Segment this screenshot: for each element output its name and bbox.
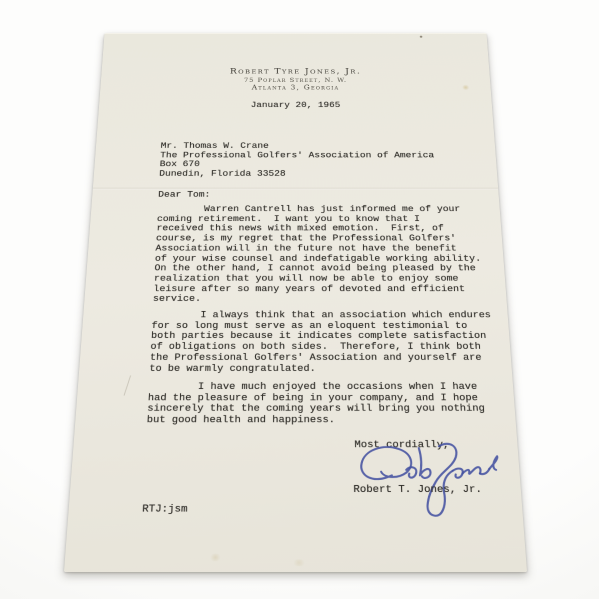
paragraph-1: Warren Cantrell has just informed me of … <box>153 205 485 305</box>
letterhead-name: Robert Tyre Jones, Jr. <box>101 67 489 76</box>
paper-scratch <box>124 375 132 395</box>
fold-crease <box>93 188 499 190</box>
typed-name: Robert T. Jones, Jr. <box>353 485 482 497</box>
photo-background: Robert Tyre Jones, Jr. 75 Poplar Street,… <box>0 0 599 599</box>
paragraph-2: I always think that an association which… <box>149 311 495 375</box>
text-line: Dunedin, Florida 33528 <box>159 170 435 179</box>
text-line: The Professional Golfers' Association of… <box>160 151 434 160</box>
text-line: of your wise counsel and indefatigable w… <box>155 254 482 264</box>
paragraph-3: I have much enjoyed the occasions when I… <box>146 382 486 426</box>
text-line: to be warmly congratulated. <box>149 364 495 375</box>
paper-stain <box>292 559 306 566</box>
paper-speck <box>420 36 423 38</box>
text-line: the Professional Golfers' Association an… <box>150 353 495 364</box>
text-line: I have much enjoyed the occasions when I… <box>148 382 484 393</box>
text-line: course, is my regret that the Profession… <box>156 234 480 244</box>
recipient-address: Mr. Thomas W. CraneThe Professional Golf… <box>159 142 435 179</box>
signature-strokes <box>361 444 502 516</box>
text-line: for so long must serve as an eloquent te… <box>151 321 492 332</box>
text-line: service. <box>153 295 485 305</box>
text-line: Warren Cantrell has just informed me of … <box>157 205 478 215</box>
text-line: On the other hand, I cannot avoid being … <box>154 264 482 274</box>
text-line: Mr. Thomas W. Crane <box>160 142 434 151</box>
text-line: coming retirement. I want you to know th… <box>157 215 479 225</box>
text-line: sincerely that the coming years will bri… <box>147 404 485 415</box>
text-line: but good health and happiness. <box>146 415 486 426</box>
signature-bob-jones <box>354 437 515 522</box>
letterhead-city: Atlanta 3, Georgia <box>100 85 491 92</box>
date-line: January 20, 1965 <box>99 101 493 110</box>
text-line: received this news with mixed emotion. F… <box>156 224 479 234</box>
letter-paper: Robert Tyre Jones, Jr. 75 Poplar Street,… <box>64 33 527 572</box>
text-line: Box 670 <box>159 161 434 170</box>
salutation: Dear Tom: <box>158 191 211 201</box>
letterhead-street: 75 Poplar Street, N. W. <box>101 77 490 83</box>
reference-initials: RTJ:jsm <box>142 504 188 516</box>
text-line: leisure after so many years of devoted a… <box>153 284 483 294</box>
text-line: Association will in the future not have … <box>155 244 481 254</box>
text-line: realization that you will now be able to… <box>154 274 483 284</box>
paper-stain <box>209 554 221 562</box>
text-line: I always think that an association which… <box>152 311 492 321</box>
text-line: both parties because it indicates comple… <box>151 332 493 343</box>
text-line: had the pleasure of being in your compan… <box>148 393 485 404</box>
text-line: of obligations on both sides. Therefore,… <box>150 342 493 353</box>
